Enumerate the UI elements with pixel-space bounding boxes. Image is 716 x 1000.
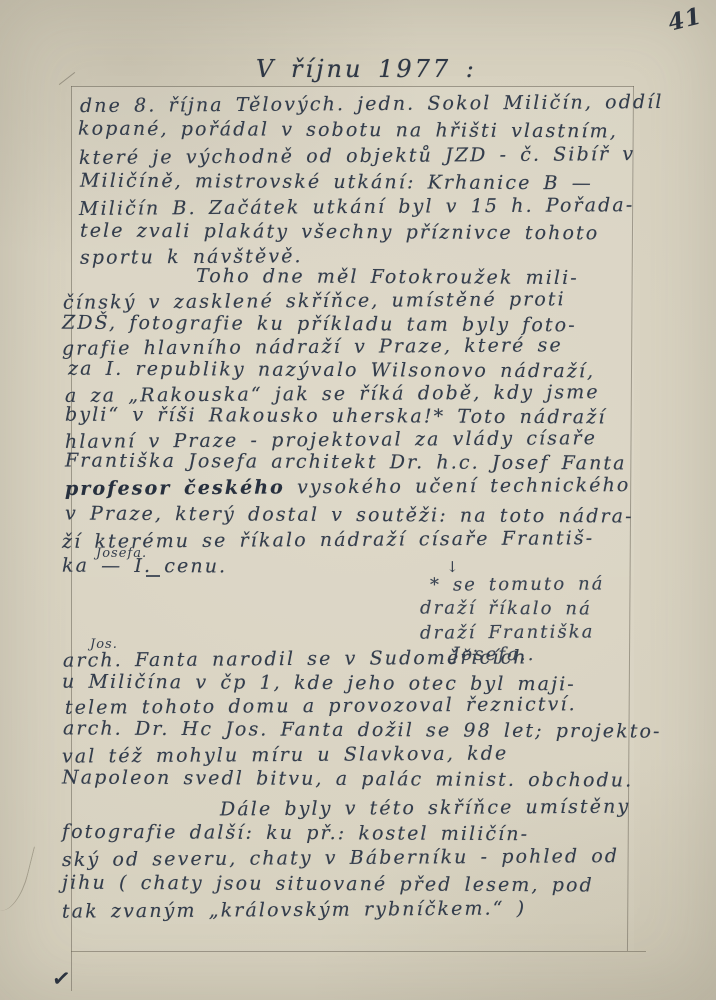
handwritten-line: fotografie další: ku př.: kostel miličín…: [62, 823, 529, 844]
handwritten-line: ský od severu, chaty v Báberníku - pohle…: [62, 847, 619, 870]
insertion-josefa: Josefa.: [96, 546, 147, 561]
handwritten-line: za I. republiky nazývalo Wilsonovo nádra…: [68, 360, 595, 382]
checkmark-annotation: ✓: [50, 965, 72, 993]
handwritten-line: grafie hlavního nádraží v Praze, které s…: [62, 336, 563, 358]
handwritten-line: arch. Fanta narodil se v Sudoměřicích: [63, 648, 528, 670]
pencil-corner-tick: [59, 72, 75, 85]
handwritten-line: tak zvaným „královským rybníčkem.“ ): [62, 899, 526, 921]
page-title: V říjnu 1977 :: [256, 57, 477, 81]
handwritten-line: Miličín B. Začátek utkání byl v 15 h. Po…: [79, 196, 634, 219]
handwritten-line: telem tohoto domu a provozoval řeznictví…: [65, 695, 577, 718]
margin-note-line: draží říkalo ná: [420, 600, 592, 619]
pencil-border-top: [71, 86, 634, 87]
margin-note-line: draží Františka: [420, 623, 595, 642]
handwritten-line: čínský v zasklené skříňce, umístěné prot…: [63, 290, 566, 313]
handwritten-line: val též mohylu míru u Slavkova, kde: [62, 744, 508, 766]
handwritten-line: Dále byly v této skříňce umístěny: [220, 798, 630, 820]
handwritten-line: byli“ v říši Rakousko uherska!* Toto nád…: [65, 406, 607, 428]
page-curl-mark: [0, 839, 35, 914]
handwritten-line: ZDŠ, fotografie ku příkladu tam byly fot…: [62, 314, 577, 336]
handwritten-line: Františka Josefa architekt Dr. h.c. Jose…: [65, 452, 627, 474]
handwritten-line: Napoleon svedl bitvu, a palác minist. ob…: [62, 769, 633, 791]
handwritten-line: Toho dne měl Fotokroužek mili-: [196, 267, 579, 288]
handwritten-line: hlavní v Praze - projektoval za vlády cí…: [65, 429, 597, 452]
margin-note-line: * se tomuto ná: [430, 575, 605, 594]
handwritten-line: u Miličína v čp 1, kde jeho otec byl maj…: [62, 673, 576, 695]
handwritten-line: jihu ( chaty jsou situované před lesem, …: [62, 874, 594, 896]
handwritten-line: které je východně od objektů JZD - č. Si…: [79, 145, 635, 168]
retraced-text: profesor českého: [65, 476, 285, 500]
handwritten-line: Miličíně, mistrovské utkání: Krhanice B …: [80, 172, 593, 194]
handwritten-line: profesor českého vysokého učení technick…: [65, 476, 631, 499]
chronicle-page: 41 V říjnu 1977 : dne 8. října Tělových.…: [0, 0, 716, 1000]
handwritten-line: arch. Dr. Hc Jos. Fanta dožil se 98 let;…: [63, 719, 662, 741]
handwritten-line: v Praze, který dostal v soutěži: na toto…: [65, 505, 634, 527]
pencil-border-bottom: [71, 951, 646, 952]
handwritten-line: tele zvali plakáty všechny příznivce toh…: [80, 222, 599, 244]
down-arrow-mark: ↓: [446, 558, 459, 576]
page-number: 41: [665, 2, 705, 36]
roman-numeral-underline: [146, 575, 160, 577]
line-remainder: vysokého učení technického: [285, 474, 631, 498]
handwritten-line: a za „Rakouska“ jak se říká době, kdy js…: [65, 383, 600, 406]
handwritten-line: kopané, pořádal v sobotu na hřišti vlast…: [78, 120, 618, 142]
handwritten-line: dne 8. října Tělových. jedn. Sokol Milič…: [80, 93, 664, 116]
